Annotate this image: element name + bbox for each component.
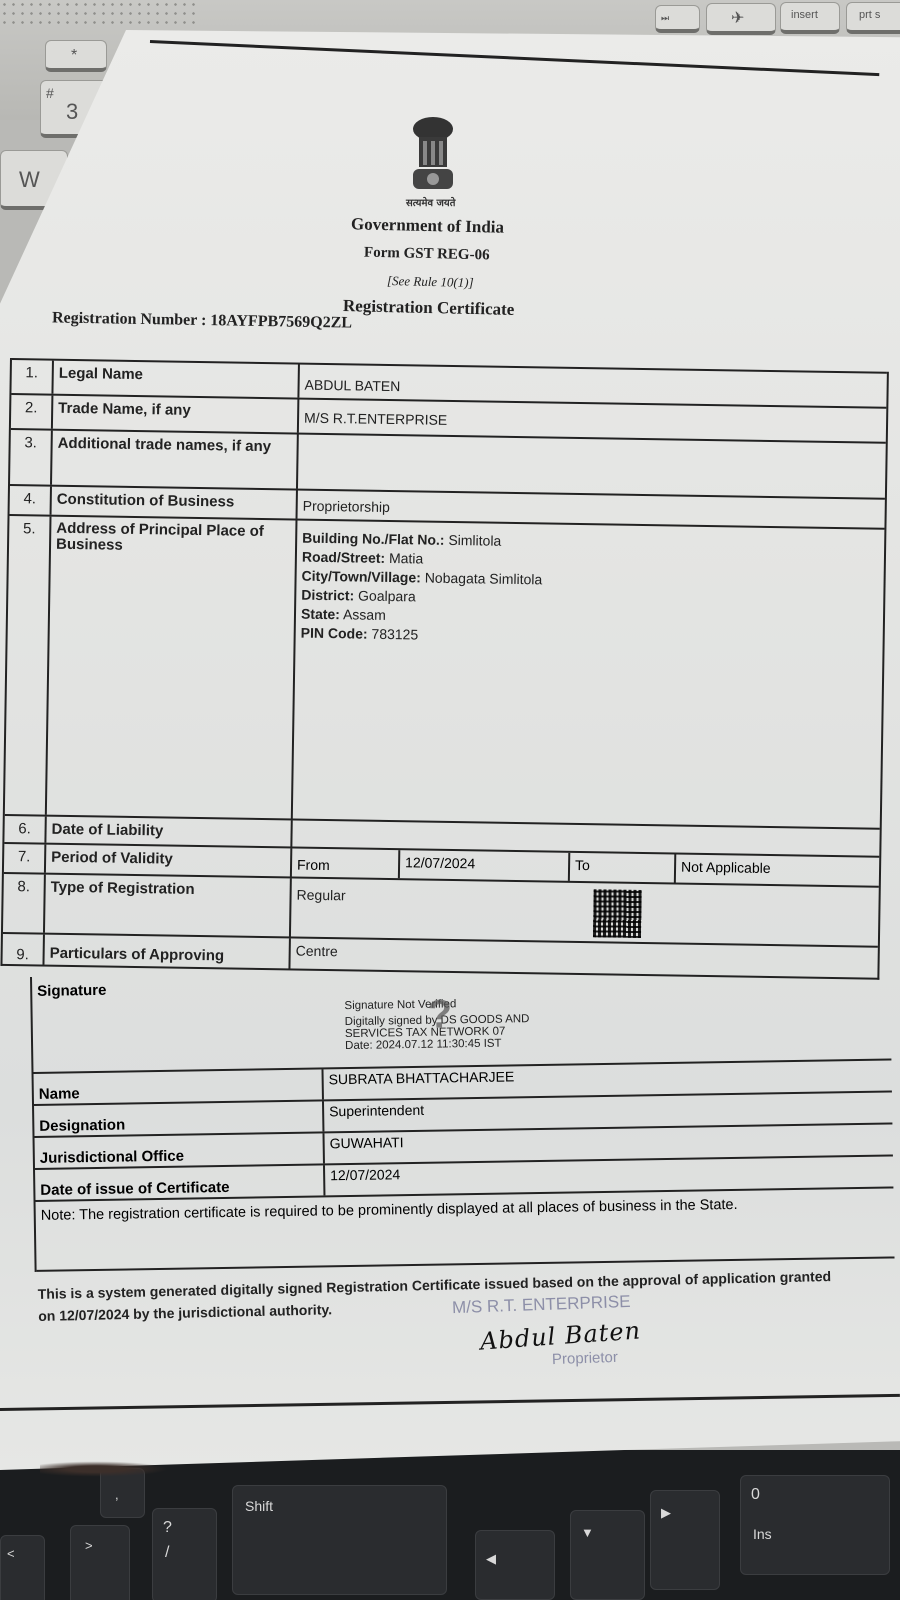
qr-code bbox=[593, 889, 642, 938]
officer-label: Name bbox=[34, 1069, 324, 1104]
row-label: Date of Liability bbox=[46, 817, 292, 847]
row-number: 8. bbox=[3, 874, 46, 933]
validity-from-label: From bbox=[292, 848, 400, 878]
validity-from-date: 12/07/2024 bbox=[400, 850, 570, 881]
details-table: 1. Legal Name ABDUL BATEN 2. Trade Name,… bbox=[0, 358, 888, 980]
display-note: Note: The registration certificate is re… bbox=[36, 1191, 744, 1270]
row-label: Additional trade names, if any bbox=[52, 431, 299, 489]
row-number: 5. bbox=[5, 516, 52, 815]
registration-number-value: 18AYFPB7569Q2ZL bbox=[210, 312, 352, 331]
row-label: Legal Name bbox=[53, 361, 299, 398]
row-label: Period of Validity bbox=[46, 845, 292, 877]
row-number: 2. bbox=[11, 395, 54, 429]
emblem-motto: सत्यमेव जयते bbox=[406, 195, 455, 209]
signature-label: Signature bbox=[37, 982, 106, 1000]
row-number: 7. bbox=[4, 844, 46, 873]
signature-section: Signature Signature Not Verified Digital… bbox=[30, 963, 895, 1271]
signature-date: Date: 2024.07.12 11:30:45 IST bbox=[345, 1037, 530, 1052]
rule-reference: [See Rule 10(1)] bbox=[387, 273, 474, 291]
registration-number: Registration Number : 18AYFPB7569Q2ZL bbox=[52, 309, 352, 332]
row-label: Particulars of Approving bbox=[44, 935, 290, 969]
row-label: Trade Name, if any bbox=[53, 396, 299, 433]
row-number: 9. bbox=[2, 934, 44, 965]
row-number: 1. bbox=[11, 360, 54, 394]
validity-to-value: Not Applicable bbox=[676, 855, 776, 885]
officer-label: Designation bbox=[34, 1101, 324, 1136]
system-generated-footer: This is a system generated digitally sig… bbox=[38, 1265, 832, 1327]
registration-type-value: Regular bbox=[291, 878, 879, 945]
validity-to-label: To bbox=[570, 853, 676, 883]
unverified-question-icon: ? bbox=[427, 992, 454, 1032]
officer-label: Jurisdictional Office bbox=[35, 1133, 325, 1168]
note-row: Note: The registration certificate is re… bbox=[36, 1186, 895, 1271]
signature-row: Signature Signature Not Verified Digital… bbox=[30, 963, 891, 1071]
row-label: Address of Principal Place of Business bbox=[47, 517, 298, 819]
proprietor-stamp: Proprietor bbox=[552, 1349, 618, 1368]
certificate-title: Registration Certificate bbox=[343, 296, 515, 320]
form-title: Form GST REG-06 bbox=[364, 245, 490, 265]
address-value: Building No./Flat No.: Simlitola Road/St… bbox=[293, 521, 885, 828]
officer-label: Date of issue of Certificate bbox=[35, 1165, 325, 1200]
national-emblem-icon bbox=[405, 115, 461, 195]
row-number: 4. bbox=[10, 486, 52, 515]
officer-table: Name SUBRATA BHATTACHARJEE Designation S… bbox=[31, 1058, 894, 1271]
registration-number-label: Registration Number : bbox=[52, 309, 207, 329]
ink-smudge bbox=[40, 1460, 180, 1478]
additional-trade-names-value bbox=[298, 435, 886, 498]
row-label: Constitution of Business bbox=[52, 487, 298, 519]
table-row: 5. Address of Principal Place of Busines… bbox=[5, 514, 885, 828]
government-heading: Government of India bbox=[351, 214, 504, 237]
row-label: Type of Registration bbox=[45, 875, 292, 937]
row-number: 6. bbox=[4, 816, 46, 843]
row-number: 3. bbox=[10, 430, 53, 485]
gst-registration-certificate: सत्यमेव जयते Government of India Form GS… bbox=[0, 0, 900, 1600]
